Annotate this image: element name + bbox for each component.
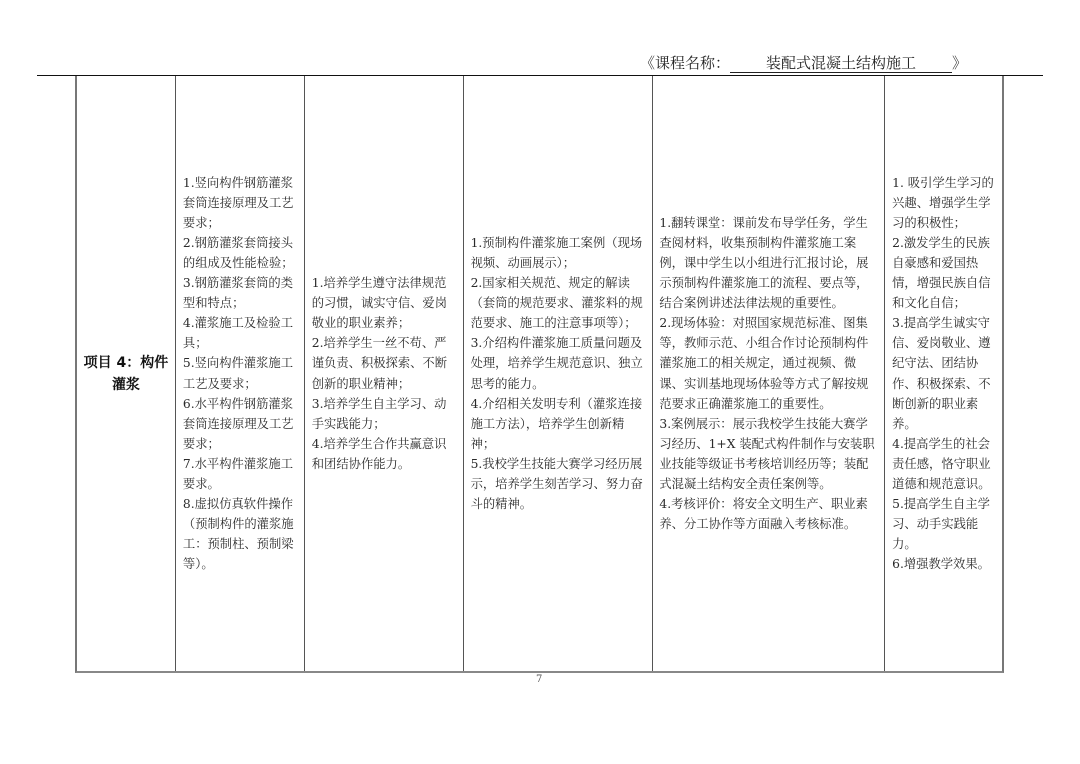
ideological-goals-cell: 1.培养学生遵守法律规范的习惯，诚实守信、爱岗敬业的职业素养； 2.培养学生一丝… (305, 76, 464, 671)
list-item: 2.钢筋灌浆套筒接头的组成及性能检验； (183, 233, 298, 273)
list-item: 4.培养学生合作共赢意识和团结协作能力。 (312, 434, 458, 474)
list-item: 5.提高学生自主学习、动手实践能力。 (892, 494, 998, 554)
project-title: 项目 4：构件 灌浆 (84, 352, 169, 396)
project-cell: 项目 4：构件 灌浆 (77, 76, 176, 671)
list-item: 7.水平构件灌浆施工要求。 (183, 454, 298, 494)
list-item: 1.培养学生遵守法律规范的习惯，诚实守信、爱岗敬业的职业素养； (312, 273, 458, 333)
list-item: 2.激发学生的民族自豪感和爱国热情，增强民族自信和文化自信； (892, 233, 998, 313)
list-item: 3.培养学生自主学习、动手实践能力； (312, 394, 458, 434)
list-item: 5.我校学生技能大赛学习经历展示，培养学生刻苦学习、努力奋斗的精神。 (471, 454, 648, 514)
expected-effects-cell: 1. 吸引学生学习的兴趣、增强学生学习的积极性； 2.激发学生的民族自豪感和爱国… (885, 76, 1002, 671)
list-item: 6.增强教学效果。 (892, 554, 998, 574)
course-label-suffix: 》 (952, 54, 967, 72)
list-item: 5.竖向构件灌浆施工工艺及要求； (183, 353, 298, 393)
list-item: 4.提高学生的社会责任感，恪守职业道德和规范意识。 (892, 434, 998, 494)
list-item: 3.钢筋灌浆套筒的类型和特点； (183, 273, 298, 313)
teaching-methods-cell: 1.翻转课堂：课前发布导学任务，学生查阅材料，收集预制构件灌浆施工案例，课中学生… (653, 76, 885, 671)
list-item: 3.提高学生诚实守信、爱岗敬业、遵纪守法、团结协作、积极探索、不断创新的职业素养… (892, 313, 998, 434)
list-item: 2.国家相关规范、规定的解读（套筒的规范要求、灌浆料的规范要求、施工的注意事项等… (471, 273, 648, 333)
list-item: 1.竖向构件钢筋灌浆套筒连接原理及工艺要求； (183, 173, 298, 233)
list-item: 3.介绍构件灌浆施工质量问题及处理，培养学生规范意识、独立思考的能力。 (471, 333, 648, 393)
list-item: 4.考核评价：将安全文明生产、职业素养、分工协作等方面融入考核标准。 (659, 494, 880, 534)
teaching-content-cell: 1.预制构件灌浆施工案例（现场视频、动画展示）； 2.国家相关规范、规定的解读（… (464, 76, 654, 671)
teaching-content-list: 1.预制构件灌浆施工案例（现场视频、动画展示）； 2.国家相关规范、规定的解读（… (471, 233, 648, 514)
list-item: 6.水平构件钢筋灌浆套筒连接原理及工艺要求； (183, 394, 298, 454)
course-header: 《课程名称：装配式混凝土结构施工》 (640, 52, 967, 74)
list-item: 1. 吸引学生学习的兴趣、增强学生学习的积极性； (892, 173, 998, 233)
course-name: 装配式混凝土结构施工 (730, 54, 952, 73)
list-item: 8.虚拟仿真软件操作 （预制构件的灌浆施工：预制柱、预制梁等）。 (183, 494, 298, 574)
knowledge-points-list: 1.竖向构件钢筋灌浆套筒连接原理及工艺要求； 2.钢筋灌浆套筒接头的组成及性能检… (183, 173, 298, 575)
teaching-methods-list: 1.翻转课堂：课前发布导学任务，学生查阅材料，收集预制构件灌浆施工案例，课中学生… (659, 213, 880, 535)
list-item: 4.介绍相关发明专利（灌浆连接施工方法），培养学生创新精神； (471, 394, 648, 454)
list-item: 1.翻转课堂：课前发布导学任务，学生查阅材料，收集预制构件灌浆施工案例，课中学生… (659, 213, 880, 313)
expected-effects-list: 1. 吸引学生学习的兴趣、增强学生学习的积极性； 2.激发学生的民族自豪感和爱国… (892, 173, 998, 575)
list-item: 1.预制构件灌浆施工案例（现场视频、动画展示）； (471, 233, 648, 273)
list-item: 3.案例展示：展示我校学生技能大赛学习经历、1+X 装配式构件制作与安装职业技能… (659, 414, 880, 494)
knowledge-points-cell: 1.竖向构件钢筋灌浆套筒连接原理及工艺要求； 2.钢筋灌浆套筒接头的组成及性能检… (176, 76, 305, 671)
course-design-table: 项目 4：构件 灌浆 1.竖向构件钢筋灌浆套筒连接原理及工艺要求； 2.钢筋灌浆… (75, 76, 1004, 673)
list-item: 2.现场体验：对照国家规范标准、图集等，教师示范、小组合作讨论预制构件灌浆施工的… (659, 313, 880, 413)
page-number: 7 (536, 674, 542, 685)
course-label-prefix: 《课程名称： (640, 54, 730, 72)
ideological-goals-list: 1.培养学生遵守法律规范的习惯，诚实守信、爱岗敬业的职业素养； 2.培养学生一丝… (312, 273, 458, 474)
list-item: 4.灌浆施工及检验工具； (183, 313, 298, 353)
list-item: 2.培养学生一丝不苟、严谨负责、积极探索、不断创新的职业精神； (312, 333, 458, 393)
